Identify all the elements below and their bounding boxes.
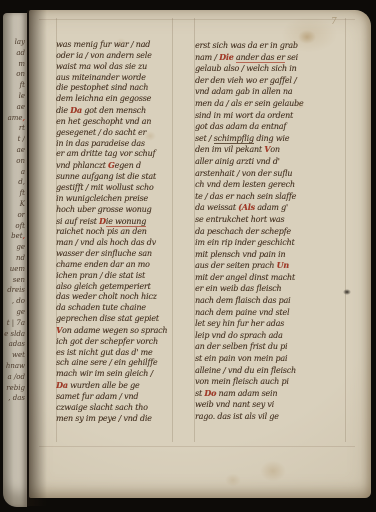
ink-text: an der selben frist du pi bbox=[195, 342, 287, 351]
ink-text: d, bbox=[18, 178, 25, 186]
text-line: czwaige slacht sach tho bbox=[56, 403, 174, 414]
text-line: men sy im peye / vnd die bbox=[56, 414, 174, 425]
ink-text: t / bbox=[18, 135, 25, 143]
text-line: an der selben frist du pi bbox=[195, 341, 349, 353]
text-line: ame, bbox=[3, 113, 25, 124]
text-line: raichet noch pis an den bbox=[56, 227, 174, 238]
text-line: geprechen dise stat gepiet bbox=[56, 314, 174, 325]
text-line: man / vnd als hoch das dv bbox=[56, 238, 174, 249]
text-line: got das adam da entnaf bbox=[195, 121, 349, 133]
ink-text: ch vnd dem lesten gerech bbox=[195, 180, 295, 189]
text-line: adas bbox=[3, 339, 25, 350]
ink-text: ding wie bbox=[254, 134, 289, 143]
ink-text: die pestophet sind nach bbox=[56, 83, 148, 92]
text-line: dem leichna ein gegosse bbox=[56, 94, 174, 105]
text-line: ae bbox=[3, 102, 25, 113]
ink-text: ichen pran / die stat ist bbox=[56, 271, 145, 280]
ink-text: rt bbox=[19, 124, 25, 132]
text-line: sunne aufgang ist die stat bbox=[56, 172, 174, 183]
ink-text: alleine / vnd du ein fleisch bbox=[195, 366, 296, 375]
text-line: nam / Die ander das er sei bbox=[195, 52, 349, 64]
text-line: dreis bbox=[3, 285, 25, 296]
ink-text: bet bbox=[11, 232, 22, 240]
ink-text: adas bbox=[9, 340, 25, 348]
rubricated-text: , bbox=[23, 113, 25, 122]
text-line: mit plensch vnd pain in bbox=[195, 249, 349, 261]
ink-text: mach wir im sein gleich / bbox=[56, 369, 153, 378]
ink-text: ich got der schepfer vorch bbox=[56, 337, 158, 346]
text-line: d, bbox=[3, 177, 25, 188]
rubricated-text: , bbox=[23, 231, 25, 240]
ink-text: si auf reist bbox=[56, 217, 99, 226]
text-line: das weder cholt noch hicz bbox=[56, 292, 174, 303]
ink-text: man / vnd als hoch das dv bbox=[56, 238, 156, 247]
rubricated-text: Un bbox=[277, 260, 289, 270]
ink-text: en het geschopht vnd an bbox=[56, 117, 151, 126]
text-line: e slda bbox=[3, 329, 25, 340]
ink-text: ad bbox=[16, 49, 25, 57]
text-line: st ein pain von mein pai bbox=[195, 353, 349, 365]
text-line: , do bbox=[3, 296, 25, 307]
rubricated-text: Da bbox=[70, 105, 82, 115]
text-line: hoch uber grosse wonug bbox=[56, 205, 174, 216]
text-line: vnd phlanczt Gegen d bbox=[56, 160, 174, 172]
ink-text: adam g' bbox=[255, 203, 288, 212]
text-line: leip vnd do sprach ada bbox=[195, 330, 349, 342]
ink-text: nach dem paine vnd stel bbox=[195, 308, 289, 317]
folio-number: 7 bbox=[331, 17, 337, 27]
ink-text: ge bbox=[16, 243, 25, 251]
ink-text: vnd phlanczt bbox=[56, 161, 108, 170]
text-line: rebig bbox=[3, 383, 25, 394]
ink-text: t | 7a bbox=[7, 319, 25, 327]
text-line: set / schimpflig ding wie bbox=[195, 133, 349, 145]
ink-text: wurden alle be ge bbox=[68, 381, 140, 390]
ink-text: lay bbox=[15, 38, 25, 46]
text-line: vnd adam gab in allen na bbox=[195, 86, 349, 98]
text-line: uem bbox=[3, 264, 25, 275]
ink-text: vnd adam gab in allen na bbox=[195, 87, 292, 96]
text-line: also gleich getemperiert bbox=[56, 282, 174, 293]
ink-text: waist ma wol das sie zu bbox=[56, 62, 147, 71]
text-line: waist ma wol das sie zu bbox=[56, 62, 174, 73]
ink-text: a /od bbox=[8, 373, 25, 381]
ink-text: oft bbox=[15, 222, 25, 230]
text-line: die Da got den mensch bbox=[56, 105, 174, 117]
text-line: aller ainig arzti vnd d' bbox=[195, 156, 349, 168]
ink-text: aus miteinander worde bbox=[56, 73, 146, 82]
ink-text: der den vieh wo er gaffel / bbox=[195, 76, 297, 85]
ink-text: on bbox=[16, 70, 25, 78]
text-line: on bbox=[3, 69, 25, 80]
red-underlined-text: ie wonung bbox=[106, 217, 146, 227]
text-line: samet fur adam / vnd bbox=[56, 392, 174, 403]
text-line: a bbox=[3, 167, 25, 178]
ink-text: oder ia / von andern sele bbox=[56, 51, 152, 60]
text-line: arstenhait / von der suflu bbox=[195, 168, 349, 180]
ink-text: nam / bbox=[195, 53, 219, 62]
ink-text: wasser der sinfluche san bbox=[56, 249, 152, 258]
text-line: en het geschopht vnd an bbox=[56, 117, 174, 128]
ink-text: mit der angel dinst macht bbox=[195, 273, 295, 282]
rubricated-text: G bbox=[108, 160, 115, 170]
ink-text: ge bbox=[16, 308, 25, 316]
ink-text: von mein fleisch auch pi bbox=[195, 377, 289, 386]
ink-text: ft bbox=[20, 189, 25, 197]
text-line: rago. das ist als vil ge bbox=[195, 411, 349, 423]
ink-text: wet bbox=[12, 351, 25, 359]
ink-text: le bbox=[19, 92, 25, 100]
ink-text: raichet noch pis an den bbox=[56, 227, 147, 236]
ink-text: gesegenet / do sacht er bbox=[56, 128, 146, 137]
ink-text: dem leichna ein gegosse bbox=[56, 94, 151, 103]
text-line: t | 7a bbox=[3, 318, 25, 329]
text-line: es ist nicht gut das d' me bbox=[56, 348, 174, 359]
ink-text: st bbox=[195, 389, 204, 398]
ink-text: a bbox=[21, 168, 25, 176]
ink-text: da schaden tute chaine bbox=[56, 303, 146, 312]
text-line: da weissat (Als adam g' bbox=[195, 202, 349, 214]
text-line: m bbox=[3, 59, 25, 70]
ink-text: aller ainig arzti vnd d' bbox=[195, 157, 280, 166]
ink-text: weib vnd nant sey vi bbox=[195, 400, 274, 409]
ink-text: ft bbox=[20, 81, 25, 89]
rubricated-text: D bbox=[99, 216, 106, 226]
ink-text: leip vnd do sprach ada bbox=[195, 331, 283, 340]
ink-text: egen d bbox=[115, 161, 141, 170]
text-line: der den vieh wo er gaffel / bbox=[195, 75, 349, 87]
text-line: ft bbox=[3, 188, 25, 199]
text-line: let sey hin fur her adas bbox=[195, 318, 349, 330]
ink-text: also gleich getemperiert bbox=[56, 282, 151, 291]
text-line: oder ia / von andern sele bbox=[56, 51, 174, 62]
text-line: ae bbox=[3, 145, 25, 156]
text-line: ft bbox=[3, 80, 25, 91]
ink-text: men da / als er sein gelaube bbox=[195, 99, 303, 108]
text-line: men da / als er sein gelaube bbox=[195, 98, 349, 110]
text-line: le bbox=[3, 91, 25, 102]
text-line: chame enden dar an mo bbox=[56, 260, 174, 271]
text-line: im ein rip inder geschicht bbox=[195, 237, 349, 249]
ink-text: gestifft / mit wollust scho bbox=[56, 183, 154, 192]
text-line: weib vnd nant sey vi bbox=[195, 399, 349, 411]
text-line: sind in mi wort da ordent bbox=[195, 110, 349, 122]
ink-text: was menig fur war / nad bbox=[56, 40, 150, 49]
text-line: si auf reist Die wonung bbox=[56, 216, 174, 228]
ink-text: got den mensch bbox=[82, 106, 146, 115]
ink-text: in wunigcleichen preise bbox=[56, 194, 148, 203]
text-line: Da wurden alle be ge bbox=[56, 380, 174, 392]
ink-text: chame enden dar an mo bbox=[56, 260, 150, 269]
text-line: gestifft / mit wollust scho bbox=[56, 183, 174, 194]
text-line: rt bbox=[3, 123, 25, 134]
ink-text: samet fur adam / vnd bbox=[56, 392, 138, 401]
text-line: in in das paradeise das bbox=[56, 139, 174, 150]
text-line: mit der angel dinst macht bbox=[195, 272, 349, 284]
text-line: nach dem flaisch das pai bbox=[195, 295, 349, 307]
ink-text: das weder cholt noch hicz bbox=[56, 292, 157, 301]
photo-root: layadmonftleaeame,rtt /aeonad,ftKoroftbe… bbox=[0, 0, 376, 512]
ink-text: m bbox=[18, 60, 25, 68]
text-line: bet, bbox=[3, 231, 25, 242]
ink-text: es ist nicht gut das d' me bbox=[56, 348, 152, 357]
ink-text: let sey hin fur her adas bbox=[195, 319, 284, 328]
ink-text: ame bbox=[8, 114, 23, 122]
ink-text: , das bbox=[8, 394, 25, 402]
ink-text: st ein pain von mein pai bbox=[195, 354, 287, 363]
ink-text: mit plensch vnd pain in bbox=[195, 250, 285, 259]
text-line: erst sich was da er in grab bbox=[195, 40, 349, 52]
ink-text: , do bbox=[12, 297, 25, 305]
rubricated-text: Da bbox=[56, 380, 68, 390]
text-line: in wunigcleichen preise bbox=[56, 194, 174, 205]
ink-text: geprechen dise stat gepiet bbox=[56, 314, 159, 323]
ink-text: sch aine sere / ein gehilffe bbox=[56, 358, 157, 367]
text-line: st Do nam adam sein bbox=[195, 388, 349, 400]
ink-text: or bbox=[17, 211, 25, 219]
ink-text: im ein rip inder geschicht bbox=[195, 238, 294, 247]
text-line: ge bbox=[3, 242, 25, 253]
ink-text: sen bbox=[13, 276, 25, 284]
ink-text: rebig bbox=[6, 384, 25, 392]
text-line: die pestophet sind nach bbox=[56, 83, 174, 94]
text-line: on bbox=[3, 156, 25, 167]
ink-text: nam adam sein bbox=[216, 389, 277, 398]
rubricated-text: Do bbox=[204, 388, 216, 398]
ink-text: hoch uber grosse wonug bbox=[56, 205, 151, 214]
ink-text: ae bbox=[17, 146, 25, 154]
text-line: sch aine sere / ein gehilffe bbox=[56, 358, 174, 369]
ruling-line-horizontal bbox=[39, 19, 355, 20]
text-line: da peschach der schepfe bbox=[195, 226, 349, 238]
ink-text: sei bbox=[285, 53, 298, 62]
gutter-shadow bbox=[27, 10, 47, 506]
text-line: wasser der sinfluche san bbox=[56, 249, 174, 260]
manuscript-page: 7 was menig fur war / nadoder ia / von a… bbox=[29, 10, 371, 498]
text-line: was menig fur war / nad bbox=[56, 40, 174, 51]
text-line: aus der seiten prach Un bbox=[195, 260, 349, 272]
ink-text: die bbox=[56, 106, 70, 115]
ink-text: on bbox=[16, 157, 25, 165]
text-line: or bbox=[3, 210, 25, 221]
text-line: hnaw bbox=[3, 361, 25, 372]
text-line: mach wir im sein gleich / bbox=[56, 369, 174, 380]
text-line: gelaub also / welch sich in bbox=[195, 63, 349, 75]
text-line: ich got der schepfer vorch bbox=[56, 337, 174, 348]
text-line: Von adame wegen so sprach bbox=[56, 325, 174, 337]
ink-text: gelaub also / welch sich in bbox=[195, 64, 297, 73]
text-line: wet bbox=[3, 350, 25, 361]
previous-page-text-fragments: layadmonftleaeame,rtt /aeonad,ftKoroftbe… bbox=[3, 37, 25, 477]
ruling-line-horizontal bbox=[39, 446, 355, 447]
ink-text: arstenhait / von der suflu bbox=[195, 169, 292, 178]
ink-text: se entrukchet hort was bbox=[195, 215, 284, 224]
ink-text: aus der seiten prach bbox=[195, 261, 277, 270]
ink-text: uem bbox=[10, 265, 25, 273]
text-line: von mein fleisch auch pi bbox=[195, 376, 349, 388]
ink-text: on bbox=[270, 145, 280, 154]
red-underlined-text: ander das er bbox=[236, 53, 285, 63]
ink-text: er am dritte tag vor schuf bbox=[56, 149, 155, 158]
text-column-right: erst sich was da er in grabnam / Die and… bbox=[195, 40, 349, 432]
ink-text: czwaige slacht sach tho bbox=[56, 403, 148, 412]
text-line: ge bbox=[3, 307, 25, 318]
rubricated-text: Die bbox=[219, 52, 233, 62]
ink-text: da weissat bbox=[195, 203, 238, 212]
ink-text: e slda bbox=[4, 330, 25, 338]
previous-page-edge: layadmonftleaeame,rtt /aeonad,ftKoroftbe… bbox=[3, 13, 27, 507]
ink-text: sind in mi wort da ordent bbox=[195, 111, 293, 120]
text-line: aus miteinander worde bbox=[56, 73, 174, 84]
ink-text: nach dem flaisch das pai bbox=[195, 296, 290, 305]
ink-text: K bbox=[20, 200, 25, 208]
rubricated-text: (Als bbox=[238, 202, 255, 212]
text-line: da schaden tute chaine bbox=[56, 303, 174, 314]
text-line: K bbox=[3, 199, 25, 210]
text-line: er ein weib das fleisch bbox=[195, 283, 349, 295]
text-column-left: was menig fur war / nadoder ia / von and… bbox=[56, 40, 174, 432]
ink-text: got das adam da entnaf bbox=[195, 122, 286, 131]
text-line: , das bbox=[3, 393, 25, 404]
ink-text: in in das paradeise das bbox=[56, 139, 145, 148]
ink-text: da peschach der schepfe bbox=[195, 227, 291, 236]
text-line: ichen pran / die stat ist bbox=[56, 271, 174, 282]
text-line: nach dem paine vnd stel bbox=[195, 307, 349, 319]
text-line: a /od bbox=[3, 372, 25, 383]
ink-text: rago. das ist als vil ge bbox=[195, 412, 279, 421]
ink-text: erst sich was da er in grab bbox=[195, 41, 298, 50]
ink-text: men sy im peye / vnd die bbox=[56, 414, 152, 423]
text-line: te / das er nach sein slaffe bbox=[195, 191, 349, 203]
ink-text: te / das er nach sein slaffe bbox=[195, 192, 296, 201]
ink-text: set / bbox=[195, 134, 214, 143]
text-line: oft bbox=[3, 221, 25, 232]
text-line: nd bbox=[3, 253, 25, 264]
ink-text: den im vil pekant bbox=[195, 145, 264, 154]
text-line: t / bbox=[3, 134, 25, 145]
text-line: den im vil pekant Von bbox=[195, 144, 349, 156]
text-line: er am dritte tag vor schuf bbox=[56, 149, 174, 160]
text-line: alleine / vnd du ein fleisch bbox=[195, 365, 349, 377]
ink-text: ae bbox=[17, 103, 25, 111]
ink-text: sunne aufgang ist die stat bbox=[56, 172, 156, 181]
text-line: gesegenet / do sacht er bbox=[56, 128, 174, 139]
ink-text: nd bbox=[16, 254, 25, 262]
ink-text: hnaw bbox=[6, 362, 25, 370]
text-line: se entrukchet hort was bbox=[195, 214, 349, 226]
text-line: ad bbox=[3, 48, 25, 59]
ink-text: er ein weib das fleisch bbox=[195, 284, 281, 293]
ink-underlined-text: schimpflig bbox=[214, 134, 254, 144]
ink-text: on adame wegen so sprach bbox=[62, 326, 167, 335]
text-line: lay bbox=[3, 37, 25, 48]
ink-text: dreis bbox=[7, 286, 25, 294]
text-line: ch vnd dem lesten gerech bbox=[195, 179, 349, 191]
text-line: sen bbox=[3, 275, 25, 286]
